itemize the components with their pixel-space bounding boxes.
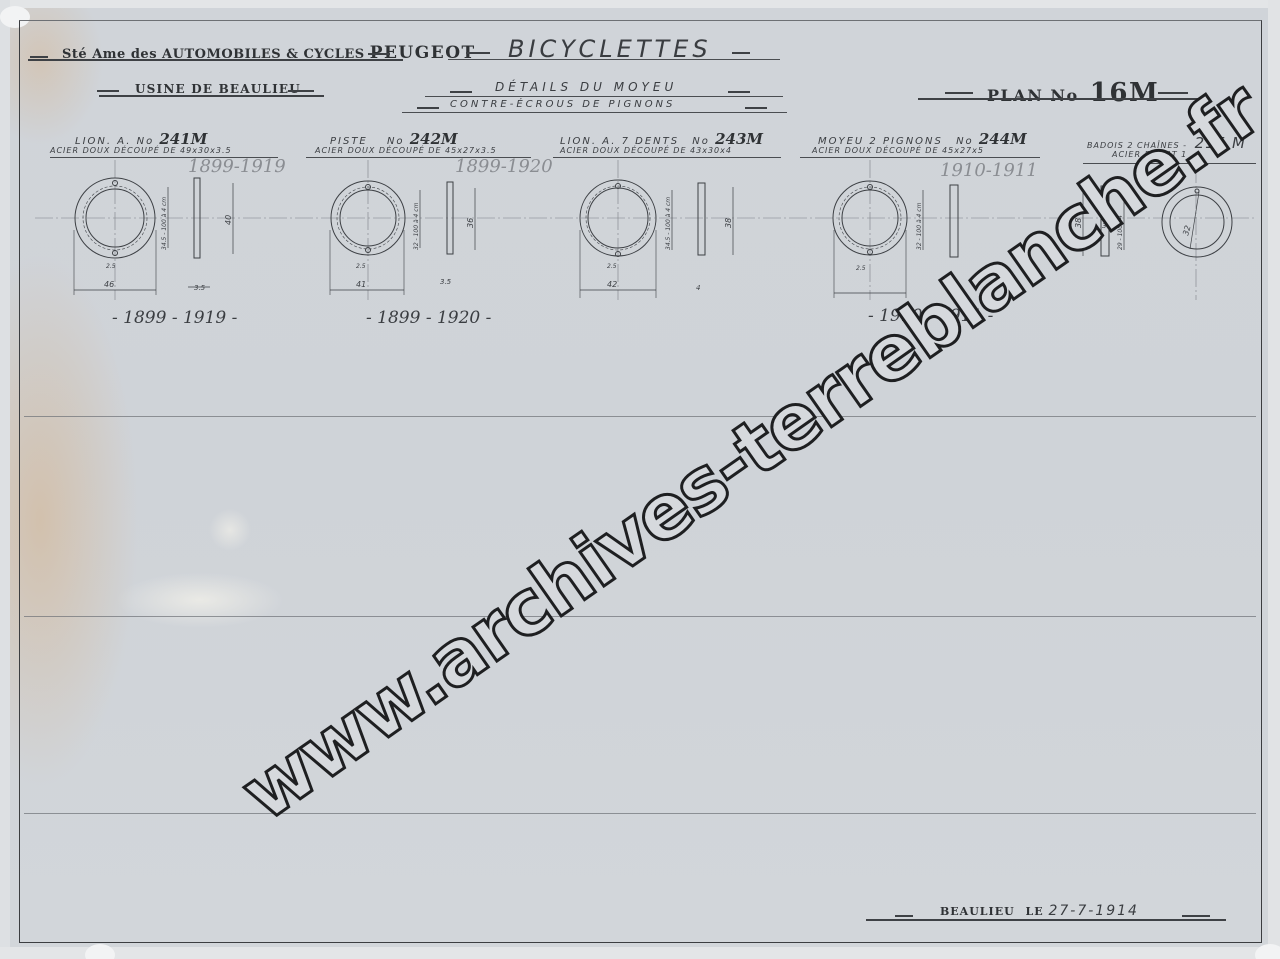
- ruled-line: [24, 813, 1256, 814]
- dim-243-thickness: 4: [696, 284, 700, 292]
- dim-242-thickness: 3.5: [440, 278, 452, 286]
- underline-footer: [866, 919, 1226, 921]
- dim-242-thread: 32 - 100 à 4 cm: [413, 202, 420, 250]
- ruled-line: [24, 616, 1256, 617]
- dim-242-height: 36: [466, 218, 475, 228]
- footer-dash: [895, 915, 913, 917]
- dim-244-hole: 2.5: [856, 265, 866, 272]
- ruled-line: [24, 416, 1256, 417]
- dim-241-thread: 34.5 - 100 à 4 cm: [161, 197, 168, 250]
- footer-date-label: LE: [1026, 905, 1044, 918]
- dim-241-height: 40: [224, 215, 233, 225]
- dim-243-thread: 34.5 - 100 à 4 cm: [665, 197, 672, 250]
- dim-241-thickness: 3.5: [194, 284, 206, 292]
- dim-241-hole: 2.5: [106, 263, 116, 270]
- part-241-drawing: [74, 178, 233, 295]
- drawing-sheet: Sté Ame des AUTOMOBILES & CYCLES PEUGEOT…: [0, 0, 1280, 959]
- dim-244-thread: 32 - 100 à 4 cm: [916, 202, 923, 250]
- dim-243-height: 38: [724, 218, 733, 228]
- dim-242-diameter: 41: [356, 280, 366, 289]
- footer-date: 27-7-1914: [1048, 903, 1138, 919]
- part-243-drawing: [580, 180, 733, 298]
- footer-dash: [1182, 915, 1210, 917]
- part-242-years: - 1899 - 1920 -: [366, 308, 491, 328]
- footer-place-date: BEAULIEU LE 27-7-1914: [940, 903, 1139, 919]
- part-242-drawing: [330, 181, 475, 295]
- part-241-years: - 1899 - 1919 -: [112, 308, 237, 328]
- footer-place: BEAULIEU: [940, 905, 1015, 918]
- dim-241-diameter: 46: [104, 280, 114, 289]
- dim-215-diameter: 32: [1181, 224, 1192, 236]
- dim-243-hole: 2.5: [607, 263, 617, 270]
- dim-243-diameter: 42: [607, 280, 617, 289]
- dim-242-hole: 2.5: [356, 263, 366, 270]
